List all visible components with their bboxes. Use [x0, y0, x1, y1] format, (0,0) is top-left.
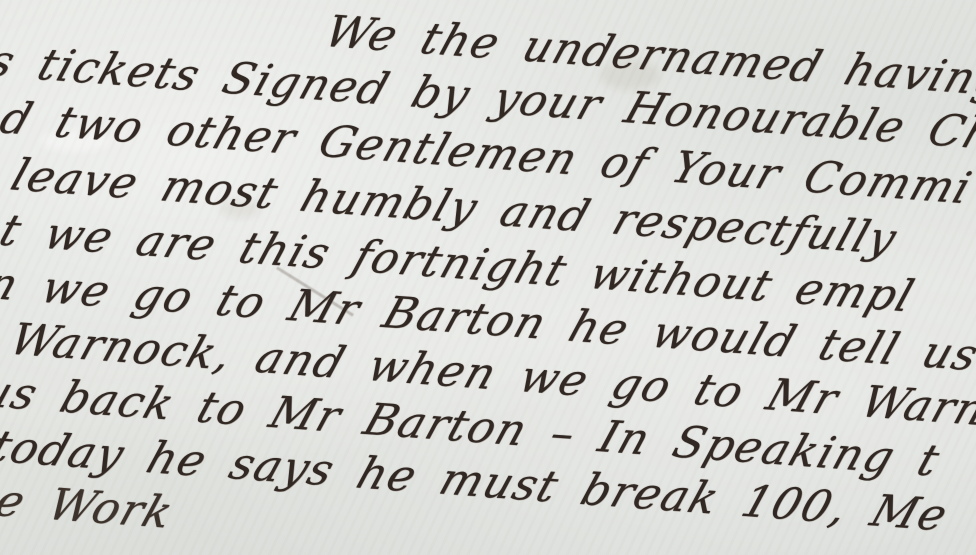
handwritten-text: We the undernamed having each s tickets …: [0, 0, 976, 81]
letter-page: We the undernamed having each s tickets …: [0, 0, 976, 555]
